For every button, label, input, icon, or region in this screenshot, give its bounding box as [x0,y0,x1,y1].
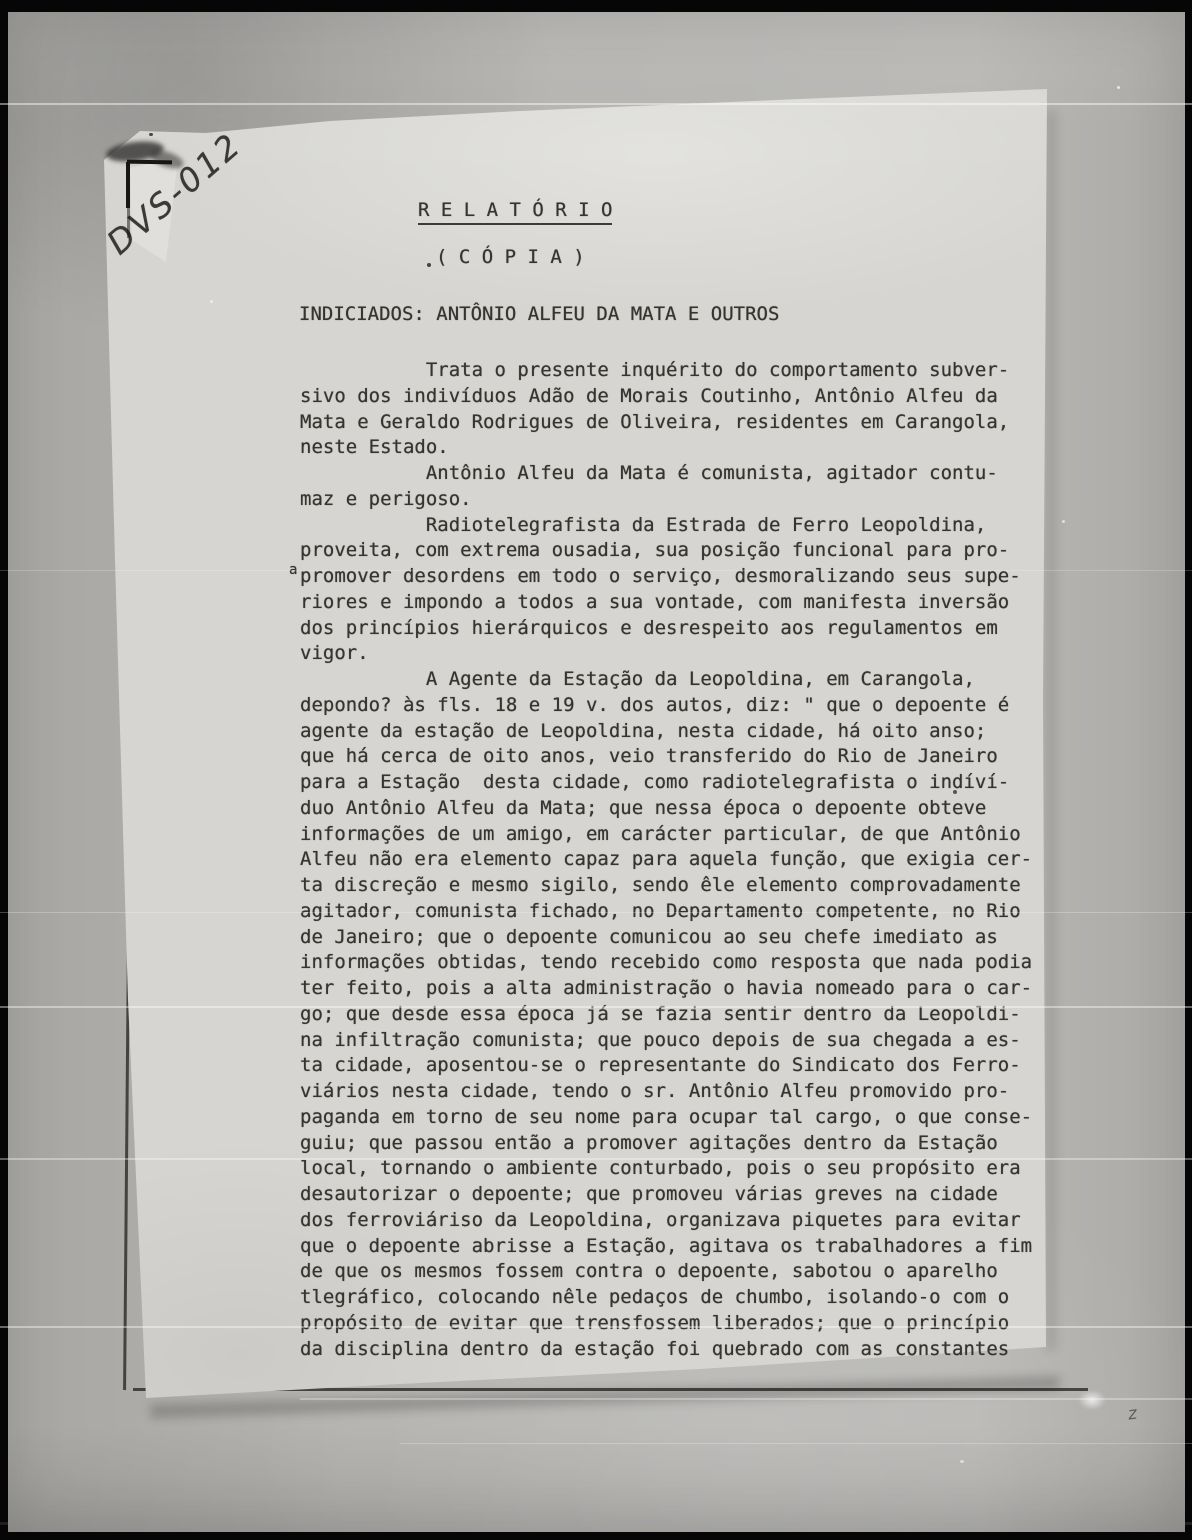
scanned-photo-stage: R E L A T Ó R I O ( C Ó P I A ) INDICIAD… [0,0,1192,1540]
text-line: sivo dos indivíduos Adão de Morais Couti… [300,384,1050,410]
text-line: vigor. [300,641,1050,667]
text-line: promover desordens em todo o serviço, de… [300,564,1050,590]
corner-mark-horizontal [127,160,172,165]
text-line: ta cidade, aposentou-se o representante … [300,1053,1050,1079]
text-line: viários nesta cidade, tendo o sr. Antôni… [300,1079,1050,1105]
text-line: Alfeu não era elemento capaz para aquela… [300,847,1050,873]
text-line: depondo? às fls. 18 e 19 v. dos autos, d… [300,693,1050,719]
typed-correction-insert: a [289,562,297,578]
text-line: informações obtidas, tendo recebido como… [300,950,1050,976]
text-line: que há cerca de oito anos, veio transfer… [300,744,1050,770]
corner-mark-vertical [126,162,130,208]
text-line: propósito de evitar que trensfossem libe… [300,1311,1050,1337]
corner-mark-vertical-faint [127,206,130,238]
text-line: desautorizar o depoente; que promoveu vá… [300,1182,1050,1208]
text-line: dos ferroviáriso da Leopoldina, organiza… [300,1208,1050,1234]
text-line: maz e perigoso. [300,487,1050,513]
text-line: riores e impondo a todos a sua vontade, … [300,590,1050,616]
text-line: de que os mesmos fossem contra o depoent… [300,1259,1050,1285]
report-body: Trata o presente inquérito do comportame… [300,358,1050,1362]
text-line: de Janeiro; que o depoente comunicou ao … [300,925,1050,951]
text-line: local, tornando o ambiente conturbado, p… [300,1156,1050,1182]
report-title: R E L A T Ó R I O [418,199,612,225]
text-line: ta discreção e mesmo sigilo, sendo êle e… [300,873,1050,899]
text-line: proveita, com extrema ousadia, sua posiç… [300,538,1050,564]
text-line: informações de um amigo, em carácter par… [300,822,1050,848]
text-line: neste Estado. [300,435,1050,461]
text-line: dos princípios hierárquicos e desrespeit… [300,616,1050,642]
text-line: paganda em torno de seu nome para ocupar… [300,1105,1050,1131]
text-line: duo Antônio Alfeu da Mata; que nessa épo… [300,796,1050,822]
light-blemish [1078,1390,1106,1410]
text-line: agente da estação de Leopoldina, nesta c… [300,719,1050,745]
text-line: go; que desde essa época já se fazia sen… [300,1002,1050,1028]
text-line: Trata o presente inquérito do comportame… [300,358,1050,384]
text-line: para a Estação desta cidade, como radiot… [300,770,1050,796]
text-line: guiu; que passou então a promover agitaç… [300,1131,1050,1157]
text-line: A Agente da Estação da Leopoldina, em Ca… [300,667,1050,693]
text-line: que o depoente abrisse a Estação, agitav… [300,1234,1050,1260]
text-line: Mata e Geraldo Rodrigues de Oliveira, re… [300,410,1050,436]
text-line: agitador, comunista fichado, no Departam… [300,899,1050,925]
text-line: da disciplina dentro da estação foi queb… [300,1337,1050,1363]
indictees-line: INDICIADOS: ANTÔNIO ALFEU DA MATA E OUTR… [299,303,779,325]
text-line: Antônio Alfeu da Mata é comunista, agita… [300,461,1050,487]
text-line: tlegráfico, colocando nêle pedaços de ch… [300,1285,1050,1311]
text-line: na infiltração comunista; que pouco depo… [300,1028,1050,1054]
text-line: ter feito, pois a alta administração o h… [300,976,1050,1002]
text-line: Radiotelegrafista da Estrada de Ferro Le… [300,513,1050,539]
report-subtitle: ( C Ó P I A ) [436,246,585,268]
